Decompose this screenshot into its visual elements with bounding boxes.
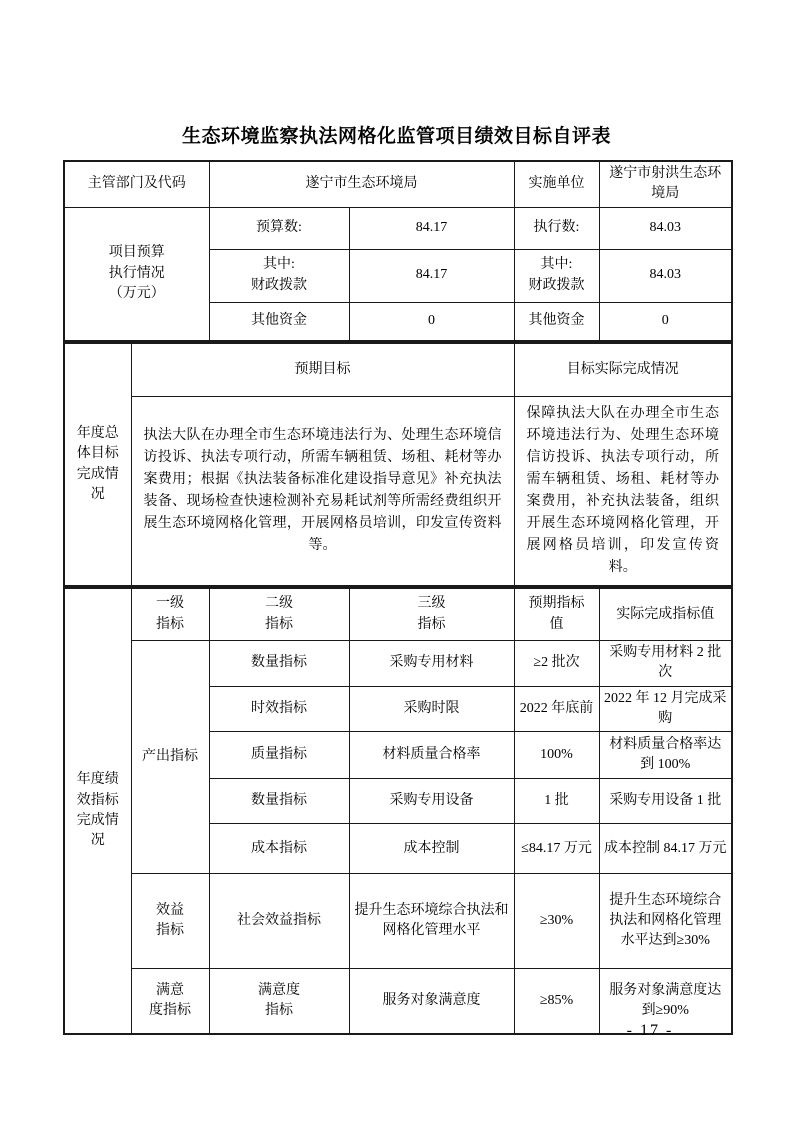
budget-amount-value: 84.17 xyxy=(349,207,514,249)
indicator-l2: 成本指标 xyxy=(209,824,349,874)
other-funds-exec-label: 其他资金 xyxy=(514,302,599,341)
self-evaluation-table: 主管部门及代码 遂宁市生态环境局 实施单位 遂宁市射洪生态环境局 项目预算 执行… xyxy=(63,160,731,1035)
expected-goal-text: 执法大队在办理全市生态环境违法行为、处理生态环境信访投诉、执法专项行动，所需车辆… xyxy=(131,396,514,586)
annual-goal-section: 年度总 体目标 完成情 况 预期目标 目标实际完成情况 执法大队在办理全市生态环… xyxy=(63,342,733,587)
indicator-expected: 2022 年底前 xyxy=(514,686,599,732)
indicator-l2: 时效指标 xyxy=(209,686,349,732)
impl-unit-label: 实施单位 xyxy=(514,161,599,207)
indicator-l3: 采购时限 xyxy=(349,686,514,732)
table-header-row: 年度绩 效指标 完成情 况 一级 指标 二级 指标 三级 指标 预期指标 值 实… xyxy=(64,588,732,640)
actual-value-header: 实际完成指标值 xyxy=(599,588,732,640)
indicator-actual: 提升生态环境综合执法和网格化管理水平达到≥30% xyxy=(599,874,732,969)
indicator-actual: 成本控制 84.17 万元 xyxy=(599,824,732,874)
satisfaction-indicator-group-label: 满意 度指标 xyxy=(131,969,209,1034)
indicator-expected: ≥85% xyxy=(514,969,599,1034)
indicator-l2: 数量指标 xyxy=(209,640,349,686)
level3-header: 三级 指标 xyxy=(349,588,514,640)
fiscal-appropriation-exec-value: 84.03 xyxy=(599,249,732,302)
annual-goal-section-label: 年度总 体目标 完成情 况 xyxy=(64,343,131,586)
table-row: 主管部门及代码 遂宁市生态环境局 实施单位 遂宁市射洪生态环境局 xyxy=(64,161,732,207)
impl-unit-value: 遂宁市射洪生态环境局 xyxy=(599,161,732,207)
table-row: 项目预算 执行情况 （万元） 预算数: 84.17 执行数: 84.03 xyxy=(64,207,732,249)
indicator-l3: 采购专用设备 xyxy=(349,779,514,824)
expected-goal-header: 预期目标 xyxy=(131,343,514,396)
budget-amount-label: 预算数: xyxy=(209,207,349,249)
page-title: 生态环境监察执法网格化监管项目绩效目标自评表 xyxy=(0,121,793,148)
fiscal-appropriation-label: 其中: 财政拨款 xyxy=(209,249,349,302)
fiscal-appropriation-exec-label: 其中: 财政拨款 xyxy=(514,249,599,302)
table-row: 年度总 体目标 完成情 况 预期目标 目标实际完成情况 xyxy=(64,343,732,396)
header-budget-section: 主管部门及代码 遂宁市生态环境局 实施单位 遂宁市射洪生态环境局 项目预算 执行… xyxy=(63,160,733,342)
expected-value-header: 预期指标 值 xyxy=(514,588,599,640)
execution-amount-label: 执行数: xyxy=(514,207,599,249)
indicator-l3: 材料质量合格率 xyxy=(349,732,514,779)
fiscal-appropriation-value: 84.17 xyxy=(349,249,514,302)
execution-amount-value: 84.03 xyxy=(599,207,732,249)
level1-header: 一级 指标 xyxy=(131,588,209,640)
indicator-expected: ≥30% xyxy=(514,874,599,969)
dept-code-label: 主管部门及代码 xyxy=(64,161,209,207)
indicator-l3: 成本控制 xyxy=(349,824,514,874)
actual-goal-header: 目标实际完成情况 xyxy=(514,343,732,396)
indicator-actual: 材料质量合格率达到 100% xyxy=(599,732,732,779)
table-row: 产出指标 数量指标 采购专用材料 ≥2 批次 采购专用材料 2 批次 xyxy=(64,640,732,686)
indicator-l2: 社会效益指标 xyxy=(209,874,349,969)
dept-code-value: 遂宁市生态环境局 xyxy=(209,161,514,207)
budget-section-label: 项目预算 执行情况 （万元） xyxy=(64,207,209,341)
indicator-l2: 数量指标 xyxy=(209,779,349,824)
indicator-l3: 采购专用材料 xyxy=(349,640,514,686)
indicators-section-label: 年度绩 效指标 完成情 况 xyxy=(64,588,131,1033)
indicator-l3: 提升生态环境综合执法和网格化管理水平 xyxy=(349,874,514,969)
level2-header: 二级 指标 xyxy=(209,588,349,640)
indicator-actual: 采购专用材料 2 批次 xyxy=(599,640,732,686)
output-indicator-group-label: 产出指标 xyxy=(131,640,209,873)
indicators-section: 年度绩 效指标 完成情 况 一级 指标 二级 指标 三级 指标 预期指标 值 实… xyxy=(63,587,733,1034)
indicator-l2: 质量指标 xyxy=(209,732,349,779)
indicator-expected: 1 批 xyxy=(514,779,599,824)
other-funds-exec-value: 0 xyxy=(599,302,732,341)
other-funds-value: 0 xyxy=(349,302,514,341)
table-row: 效益 指标 社会效益指标 提升生态环境综合执法和网格化管理水平 ≥30% 提升生… xyxy=(64,874,732,969)
indicator-expected: 100% xyxy=(514,732,599,779)
benefit-indicator-group-label: 效益 指标 xyxy=(131,874,209,969)
actual-goal-text: 保障执法大队在办理全市生态环境违法行为、处理生态环境信访投诉、执法专项行动，所需… xyxy=(514,396,732,586)
table-row: 执法大队在办理全市生态环境违法行为、处理生态环境信访投诉、执法专项行动，所需车辆… xyxy=(64,396,732,586)
indicator-actual: 2022 年 12 月完成采购 xyxy=(599,686,732,732)
indicator-l2: 满意度 指标 xyxy=(209,969,349,1034)
indicator-l3: 服务对象满意度 xyxy=(349,969,514,1034)
indicator-expected: ≤84.17 万元 xyxy=(514,824,599,874)
page-number: - 17 - xyxy=(600,1022,700,1040)
indicator-expected: ≥2 批次 xyxy=(514,640,599,686)
other-funds-label: 其他资金 xyxy=(209,302,349,341)
indicator-actual: 采购专用设备 1 批 xyxy=(599,779,732,824)
document-page: 生态环境监察执法网格化监管项目绩效目标自评表 主管部门及代码 遂宁市生态环境局 … xyxy=(0,0,793,1122)
